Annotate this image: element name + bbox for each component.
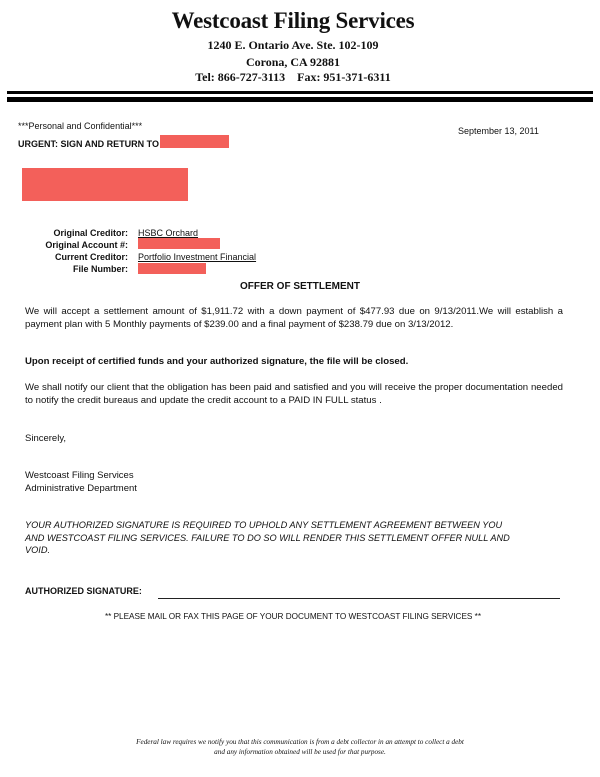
current-creditor-label: Current Creditor:: [20, 252, 128, 262]
file-number-label: File Number:: [20, 264, 128, 274]
offer-title: OFFER OF SETTLEMENT: [0, 281, 600, 292]
urgent-notice: URGENT: SIGN AND RETURN TO: [18, 139, 159, 149]
redacted-file-number: [138, 263, 206, 274]
company-name: Westcoast Filing Services: [0, 8, 586, 34]
address-line-2: Corona, CA 92881: [0, 55, 586, 70]
legal-disclosure-line-2: and any information obtained will be use…: [80, 747, 520, 757]
signature-warning: YOUR AUTHORIZED SIGNATURE IS REQUIRED TO…: [25, 519, 515, 557]
header-rule-thick: [7, 97, 593, 102]
address-line-1: 1240 E. Ontario Ave. Ste. 102-109: [0, 38, 586, 53]
redacted-return-name: [160, 135, 229, 148]
mail-instruction: ** PLEASE MAIL OR FAX THIS PAGE OF YOUR …: [0, 612, 586, 621]
letter-date: September 13, 2011: [458, 126, 539, 136]
legal-disclosure-line-1: Federal law requires we notify you that …: [80, 737, 520, 747]
contact-line: Tel: 866-727-3113 Fax: 951-371-6311: [0, 70, 586, 85]
confidential-notice: ***Personal and Confidential***: [18, 121, 142, 131]
closing: Sincerely,: [25, 433, 66, 444]
authorized-signature-label: AUTHORIZED SIGNATURE:: [25, 586, 142, 596]
header-rule-thin: [7, 91, 593, 94]
redacted-account-number: [138, 238, 220, 249]
settlement-terms-paragraph: We will accept a settlement amount of $1…: [25, 306, 563, 331]
notification-paragraph: We shall notify our client that the obli…: [25, 382, 563, 407]
legal-disclosure: Federal law requires we notify you that …: [80, 737, 520, 757]
closure-paragraph: Upon receipt of certified funds and your…: [25, 356, 563, 369]
redacted-recipient-address: [22, 168, 188, 201]
current-creditor-value: Portfolio Investment Financial: [138, 252, 256, 262]
sender-department: Administrative Department: [25, 483, 137, 494]
original-creditor-label: Original Creditor:: [20, 228, 128, 238]
original-account-label: Original Account #:: [20, 240, 128, 250]
sender-company: Westcoast Filing Services: [25, 470, 134, 481]
original-creditor-value: HSBC Orchard: [138, 228, 198, 238]
signature-line[interactable]: [158, 598, 560, 599]
